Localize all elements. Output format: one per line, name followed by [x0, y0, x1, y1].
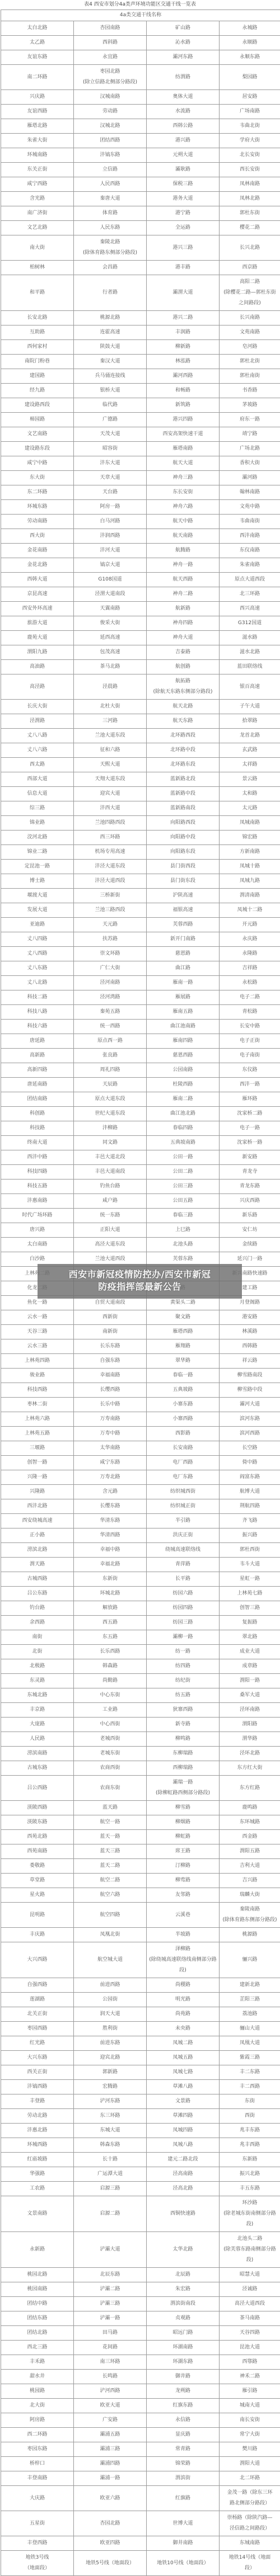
table-row: 友谊西路劳动路水流路广场南路	[1, 105, 280, 119]
road-name: 高泾大道西段	[221, 2299, 279, 2309]
road-name: 团结中路	[2, 2299, 72, 2309]
table-cell: 枣园北路(除立信路北侧部分路段)	[74, 65, 147, 90]
table-row: 定昆池一路沣泾大道东段县门街西段凤城十路	[1, 860, 280, 874]
road-name: 茅坡路	[221, 400, 279, 411]
table-cell: 临代路	[74, 398, 147, 413]
table-cell: 古城东路	[1, 1761, 74, 1776]
table-cell: 西韩路	[220, 1339, 280, 1354]
table-cell: 莲湖路	[1, 1993, 74, 2007]
road-name: 元朔大道	[148, 150, 218, 161]
road-name: (除航天东路东侧部分路段)	[148, 687, 218, 697]
table-cell: 纺五路	[147, 1688, 220, 1703]
table-row: 草堂路航空二路柳莺路吉兴路	[1, 1874, 280, 1888]
table-cell: 西街	[220, 2109, 280, 2124]
road-name: 振兴北路	[221, 2169, 279, 2179]
road-name: 北极路	[2, 1661, 72, 1672]
table-cell: 御井路	[147, 2370, 220, 2384]
road-name: 原点大道东段	[75, 1094, 145, 1105]
table-row: 渼陂西路蓝天路柳雪路鹿鸣路	[1, 1801, 280, 1815]
road-name: 凤凰大道	[221, 2038, 279, 2049]
road-name: 广运潭大道	[75, 2169, 145, 2179]
road-name: 西京路	[221, 262, 279, 273]
road-name: 骏业路	[2, 1370, 72, 1381]
road-name: 韦曲南街	[221, 516, 279, 527]
table-cell: 长乐中路	[74, 1398, 147, 1412]
table-row: 发展大道兰池三路西段福银高速凤城十二路	[1, 903, 280, 918]
table-cell: 朱宏路	[147, 2282, 220, 2297]
road-name: 航天西路	[148, 574, 218, 585]
road-name: 凤城五路	[148, 2053, 218, 2063]
road-name: 港兴三路	[148, 243, 218, 253]
road-name: 锦业路	[2, 818, 72, 828]
road-name: 郭杜北街	[221, 356, 279, 367]
road-name: 太乙路	[2, 37, 72, 48]
road-name: 渭阳九路	[2, 647, 72, 658]
road-name: 北环路西段	[148, 730, 218, 741]
table-cell: 堰渡大道	[1, 889, 74, 903]
table-cell: 昆池大道	[220, 2341, 280, 2355]
road-name: 钓鱼台路	[75, 1181, 145, 1192]
road-name: 灞渭大道	[148, 287, 218, 298]
table-row: 沣惠南路咸户路公田五路兴庆西路	[1, 1194, 280, 1209]
table-cell: 钓台路	[1, 1601, 74, 1616]
road-name: 三桥新街	[75, 890, 145, 901]
table-cell: 翰林南路	[220, 485, 280, 500]
table-cell: 新筑路	[147, 398, 220, 413]
table-cell: 建国路	[1, 369, 74, 384]
road-name: 西斜路	[75, 37, 145, 48]
table-cell: 高泾路	[1, 674, 74, 700]
table-cell: 西北三路	[1, 2341, 74, 2355]
table-cell: 兴庆西路	[220, 1194, 280, 1209]
table-cell: 显庆路	[147, 2428, 220, 2442]
table-row: 唐兴路正阳大道上巳路安仁坊	[1, 1223, 280, 1238]
table-cell: 天谷四路	[220, 2326, 280, 2341]
table-cell: 子午大道	[220, 700, 280, 714]
road-name: 团结西路	[75, 135, 145, 146]
road-name: 银桥大道	[75, 385, 145, 396]
road-name: 丰京路	[2, 1705, 72, 1715]
table-cell: 青松路	[220, 1005, 280, 1020]
road-name: 慈恩西路	[148, 1050, 218, 1061]
road-name: 枣园北路	[75, 67, 145, 77]
road-name: 科技路	[2, 1123, 72, 1134]
road-name: 前进西路	[75, 1980, 145, 1990]
road-name: 韦斗大道	[221, 1559, 279, 1570]
road-name: 常青路	[148, 2444, 218, 2455]
table-cell: 兰池四路西段	[74, 816, 147, 831]
table-cell: 朱雀南路	[220, 558, 280, 573]
road-name: 向阳路中段	[148, 832, 218, 843]
table-row: 华强路广运潭大道泾高南路振兴北路	[1, 2167, 280, 2182]
road-name: 莲湖路	[2, 1994, 72, 2005]
road-name: 鹿苑大道	[2, 633, 72, 643]
table-cell: 桃园路	[1, 2384, 74, 2399]
table-cell: 凤凰北街	[74, 1928, 147, 1942]
table-cell: 天元路	[74, 918, 147, 932]
road-name: 靖宁路	[221, 429, 279, 440]
road-name: 行者路	[75, 287, 145, 298]
table-cell: 鹿苑大道	[1, 631, 74, 645]
table-cell: 信息大道	[1, 787, 74, 801]
road-name: 涝滨北路	[2, 1545, 72, 1555]
road-name: 大庞路	[2, 1719, 72, 1730]
road-name: 吉泰路	[148, 647, 218, 658]
road-name: 统一东路	[75, 1210, 145, 1221]
table-header: 4a类交通干线名称	[1, 10, 280, 21]
road-name: 柳新路	[148, 342, 218, 352]
table-row: 地铁3号线（地面段）地铁5号线（地面段）地铁10号线（地面段）地铁14号线（地面…	[1, 2551, 280, 2576]
road-name: 滋水路	[221, 633, 279, 643]
road-name: 昭容街	[75, 444, 145, 454]
road-name: 南新街	[75, 1327, 145, 1337]
road-name: 北大街	[2, 2400, 72, 2411]
table-row: 太白北路杏园南路矿山路永城路	[1, 21, 280, 36]
table-cell: 航空六路	[74, 1888, 147, 1903]
table-cell: 浐河东路	[74, 2094, 147, 2109]
road-name: 综三路	[2, 803, 72, 814]
table-cell: 柳雪路南段	[220, 1369, 280, 1383]
table-cell: 芙蓉西路	[147, 918, 220, 932]
table-cell: 上林苑六路	[1, 1412, 74, 1427]
table-cell: 欧亚六路	[74, 2486, 147, 2511]
table-cell: 御井南路	[147, 2536, 220, 2551]
road-name: 电子南街	[221, 1050, 279, 1061]
table-cell: 延西高速	[74, 631, 147, 645]
road-name: 草滩八路	[148, 2082, 218, 2092]
table-cell: 咸宁中路	[1, 456, 74, 471]
road-name: 会昌路	[75, 262, 145, 273]
road-name: 梨园路	[221, 72, 279, 83]
table-cell: 甜水井	[1, 2370, 74, 2384]
road-name: 郭新路	[75, 2067, 145, 2078]
table-cell: 电子南街	[220, 1049, 280, 1063]
road-name: 电子一路	[221, 1123, 279, 1134]
road-name: 余西路	[2, 1617, 72, 1628]
table-row: 古城东路农商西街西柳瑞路东方红大街	[1, 1761, 280, 1776]
table-cell: 金花南路	[1, 544, 74, 558]
table-cell: 欧亚大道	[74, 2399, 147, 2413]
table-row: 团结东路浐灞一路贞观路茶马南路	[1, 2311, 280, 2326]
table-row: 唐延南路天辰路杜陵西路西沣一路	[1, 1078, 280, 1092]
table-row: 旅游大道俊采大街神舟四路G312国道	[1, 616, 280, 631]
road-name: 神舟六路	[148, 502, 218, 512]
road-name: 蓝新路北段	[148, 774, 218, 785]
road-name: 府东一路	[221, 414, 279, 425]
road-name: 正小路	[2, 1530, 72, 1541]
road-name: 吉祥路	[221, 963, 279, 974]
table-cell: 骊兴路	[220, 1942, 280, 1978]
table-cell: 五典坡南路	[147, 1136, 220, 1150]
road-name: 长乐中路	[75, 1399, 145, 1410]
road-name: 建国路	[2, 371, 72, 381]
road-name: 公园街	[75, 1994, 145, 2005]
road-name: 红光路	[2, 2038, 72, 2049]
table-cell: 沣泾大道西段	[74, 874, 147, 889]
table-cell: 咸宁西路	[1, 177, 74, 192]
table-cell: 文艺北路	[1, 221, 74, 235]
road-name: 南大街	[2, 243, 72, 253]
table-row: 科技八路秦苑五路雁南五路青松路	[1, 1005, 280, 1020]
road-name: 南三环路	[75, 2357, 145, 2367]
road-name: 金花北路	[2, 560, 72, 570]
road-name: 沁水路	[148, 37, 218, 48]
table-cell: 航新路	[147, 602, 220, 616]
road-name: 崇杨路（除陕汽路—	[221, 2513, 279, 2523]
table-cell: 科技西路	[1, 1383, 74, 1398]
road-name: 柳烟路	[148, 1817, 218, 1828]
table-cell: 周礼四路	[74, 1063, 147, 1078]
road-name: 工农路	[2, 2183, 72, 2194]
road-name: 天辰路	[75, 1079, 145, 1090]
road-name: 娄敬路	[2, 1861, 72, 1871]
road-name: 雁展路	[148, 992, 218, 1003]
table-cell: 韦斗大道	[220, 1558, 280, 1572]
table-cell: 锦业路	[1, 816, 74, 831]
road-name: 万寿北路	[75, 1472, 145, 1483]
road-name: 上林苑五路	[2, 1428, 72, 1439]
road-name: 扶苏路	[75, 934, 145, 945]
road-name: 沣润西路	[75, 531, 145, 541]
table-cell: 凤城十路	[220, 860, 280, 874]
table-cell: 渭天路	[1, 1558, 74, 1572]
table-cell: 长乐西路	[74, 1645, 147, 1659]
table-cell: 郭杜东街	[220, 206, 280, 221]
table-cell: 振兴北路	[220, 2167, 280, 2182]
table-cell: 万寿北路	[74, 1470, 147, 1485]
table-cell: 京昆高速	[1, 587, 74, 602]
table-cell: 航天西路	[147, 573, 220, 587]
road-name: 金花南路	[2, 545, 72, 556]
table-cell: 泾河湾路	[74, 990, 147, 1005]
road-name: 永隆路	[221, 949, 279, 959]
road-name: 秦汉大道	[75, 356, 145, 367]
road-name: 丈八八路	[2, 730, 72, 741]
table-cell: 红光路	[1, 2036, 74, 2051]
road-name: 人民东路	[75, 223, 145, 233]
road-name: 东新街	[75, 1574, 145, 1584]
road-name: 沣柳路	[75, 1123, 145, 1134]
table-row: 星火路航空六路友邻路瑞麟大街	[1, 1888, 280, 1903]
road-name: 西安高架快速干道	[148, 429, 218, 440]
table-cell: 西何家村	[1, 340, 74, 355]
road-name: 农商东街	[75, 1783, 145, 1794]
road-name: 世纪大道东段	[75, 1108, 145, 1119]
table-cell: 大庆路	[1, 2486, 74, 2511]
road-name: 兆丰东路	[221, 2125, 279, 2136]
road-name: 蓝天一路	[75, 1832, 145, 1842]
table-cell: 友谊东路	[1, 50, 74, 65]
table-row: 桃园路浐河西路龙朔路雁引路	[1, 2384, 280, 2399]
overlay-announcement-banner[interactable]: 西安市新冠疫情防控办/西安市新冠 防疫指挥部最新公告	[38, 1264, 242, 1299]
road-name: 长安北路	[2, 313, 72, 323]
road-name: 公田二路	[148, 1167, 218, 1177]
road-name: 永信路	[148, 2415, 218, 2426]
road-name: 农商西街	[75, 1763, 145, 1773]
road-name: 东大街	[2, 473, 72, 483]
table-cell: 绕城高速联络线	[147, 1543, 220, 1558]
table-cell: 团结南路	[1, 1092, 74, 1107]
table-cell: 齐飞路	[220, 1514, 280, 1528]
road-name: 纺渭路	[148, 72, 218, 83]
table-cell: 启源三路	[74, 2182, 147, 2196]
table-cell: 航腾路	[147, 544, 220, 558]
table-cell: 正小路	[1, 1528, 74, 1543]
table-cell: 欧亚四路	[74, 2536, 147, 2551]
table-row: 堰渡大道三桥新街沪陕高速渭清南路	[1, 889, 280, 903]
table-cell: 水流路	[147, 105, 220, 119]
road-name: 京昆高速	[2, 589, 72, 600]
road-name: 泾信路之间路段）	[221, 2523, 279, 2534]
table-row: 涝滨南路老城东街东柳瑞路泾环北路	[1, 1747, 280, 1761]
table-cell: 丰二西路	[220, 2080, 280, 2094]
table-row: 博士路沣泾大道西段县门街东段凤城九路	[1, 874, 280, 889]
road-name: 全运路	[148, 223, 218, 233]
table-cell: 吕公西路	[1, 1776, 74, 1801]
road-name: 秦唐大道	[75, 194, 145, 204]
table-cell: 吕公东路	[1, 1587, 74, 1601]
road-name: 文艺南路	[2, 429, 72, 440]
table-cell: 居安路	[220, 90, 280, 105]
road-name: 老城东街	[75, 1748, 145, 1759]
road-name: 航创路	[148, 662, 218, 672]
table-row: 上林苑五路万寿中路西影路滨河西路	[1, 1427, 280, 1441]
table-row: 大兴西路航空城大道泽柳路(除绕城高速联络线南侧部分路段)骊兴路	[1, 1942, 280, 1978]
road-name: 柳雪路中段	[221, 1385, 279, 1395]
table-cell: 锦业二路	[1, 845, 74, 860]
road-name: 航博大道	[221, 1487, 279, 1497]
road-name: 灞瑞一路	[148, 1777, 218, 1788]
table-row: 三堰路太华南路长安南路长空路	[1, 1441, 280, 1456]
table-row: 经九路银桥大道和畅路书香路	[1, 384, 280, 398]
table-cell: 崇文环路	[74, 947, 147, 961]
table-row: 丈八八路兰池大道东段北环路西段龙首北路	[1, 729, 280, 743]
table-cell: 西苑南路	[1, 1844, 74, 1859]
road-name: 港兴二路	[148, 313, 218, 323]
table-cell: 柳雪路中段	[220, 1383, 280, 1398]
table-row: 丈八东路广仁大街曲江路吉祥路	[1, 961, 280, 976]
road-name: 天元路	[75, 919, 145, 930]
road-name: 科创路	[2, 1108, 72, 1119]
road-name: 明光路	[148, 1994, 218, 2005]
table-row: 自强西路前进西路尚稷路建新北路	[1, 1978, 280, 1993]
table-cell: 永隆路	[220, 947, 280, 961]
road-name: 茶马北路	[75, 662, 145, 672]
road-name: 子午大道	[221, 701, 279, 712]
road-name: 樱花二路	[221, 223, 279, 233]
table-cell: 建新北路	[220, 1978, 280, 1993]
road-name: 北杜大街	[75, 701, 145, 712]
table-cell: 太白北路	[1, 21, 74, 36]
road-name: 青松路	[221, 1007, 279, 1017]
table-cell: 广场南路	[220, 105, 280, 119]
road-name: 终南大道	[2, 1138, 72, 1148]
road-name: 航天中路	[148, 516, 218, 527]
table-cell: 环湖南路	[147, 2341, 220, 2355]
table-cell: 东城南路	[220, 2536, 280, 2551]
table-cell: 天熙大道	[74, 758, 147, 772]
table-cell: 紫霞三路	[220, 2051, 280, 2065]
table-cell: 体育路	[74, 206, 147, 221]
table-cell: 凤林南路	[220, 177, 280, 192]
road-name: 雁塔西路	[148, 1327, 218, 1337]
table-cell: 长缨东路	[74, 1499, 147, 1514]
road-name: 航空一路	[75, 1817, 145, 1828]
road-name: 科技二路	[2, 992, 72, 1003]
road-name: 神舟一路	[148, 560, 218, 570]
table-row: 西部大道天翔大道东段蓝新路北段景云路	[1, 772, 280, 787]
table-cell: 灞耿路	[147, 163, 220, 177]
table-cell: 港丰路	[147, 261, 220, 275]
table-cell: 凤城南路	[220, 816, 280, 831]
table-cell: 韩森东路	[74, 2138, 147, 2153]
table-row: 云水一路西新街聚文路港安路	[1, 1310, 280, 1325]
road-name: 丰二西路	[221, 2082, 279, 2092]
road-name: 洪庆正街	[148, 1530, 218, 1541]
road-name: 高新路	[2, 1050, 72, 1061]
road-name: 临代路	[75, 400, 145, 411]
road-name: 含光路	[2, 194, 72, 204]
road-name: 大庆路	[2, 2493, 72, 2504]
road-name: 含元路	[75, 1487, 145, 1497]
table-row: 阿房路广安路永信路南长安街	[1, 2413, 280, 2428]
table-cell: 东大街	[1, 471, 74, 485]
road-name: 凤城七路	[148, 2067, 218, 2078]
road-name: 上巳路	[148, 1225, 218, 1235]
table-cell: 西安绕城高速	[1, 1514, 74, 1528]
road-name: 太华北路	[148, 2244, 218, 2255]
table-cell: 北长安街	[220, 148, 280, 163]
road-name: 天茂大道	[75, 429, 145, 440]
table-cell: 丰润路	[147, 325, 220, 340]
road-name: 太白北路	[2, 23, 72, 34]
table-cell: 浐灞一路	[74, 2311, 147, 2326]
table-cell: 城南大道	[220, 2399, 280, 2413]
road-name: 镐京大道	[75, 560, 145, 570]
road-name: 迎宾大道	[75, 789, 145, 799]
table-row: 桃园北路北辰东路北辰路昭慧大道	[1, 2268, 280, 2282]
road-name: 渭滨街南段	[148, 2299, 218, 2309]
table-cell: 金续路	[220, 1238, 280, 1252]
table-cell: 老城东街	[74, 1747, 147, 1761]
road-name: 学府大街	[221, 135, 279, 146]
road-name: 唐延南路	[2, 1079, 72, 1090]
road-name: 天翔大道东段	[75, 774, 145, 785]
table-cell: 渭阳大道	[220, 2457, 280, 2471]
table-cell: 上林苑四路	[1, 1354, 74, 1369]
road-name: 春临三路	[148, 1210, 218, 1221]
table-cell: 灞浦三路	[74, 2442, 147, 2457]
table-cell: 南二环路	[1, 65, 74, 90]
table-row: 枣园东路灞浦三路常青路樊川路	[1, 2442, 280, 2457]
table-cell: 大兴西路	[1, 1942, 74, 1978]
road-name: 桃园路	[2, 2386, 72, 2396]
road-name: 纺园三路	[148, 1617, 218, 1628]
road-name: 东城大道	[75, 2125, 145, 2136]
road-name: 桃源北路	[75, 313, 145, 323]
road-name: 航空城大道	[75, 1955, 145, 1965]
table-cell: 包茂高速	[74, 645, 147, 660]
road-name: 桥梓口	[2, 2459, 72, 2469]
table-cell: 滨河东路	[220, 1412, 280, 1427]
road-name: 统一西路	[75, 1021, 145, 1032]
road-name: 创智一路	[2, 1457, 72, 1468]
road-name: 泾高南路	[148, 2169, 218, 2179]
table-cell: 地铁10号线（地面段）	[147, 2551, 220, 2576]
road-name: 东灵路	[2, 1676, 72, 1686]
road-name: 科技八路	[2, 1007, 72, 1017]
road-name: 龙首北路	[221, 730, 279, 741]
